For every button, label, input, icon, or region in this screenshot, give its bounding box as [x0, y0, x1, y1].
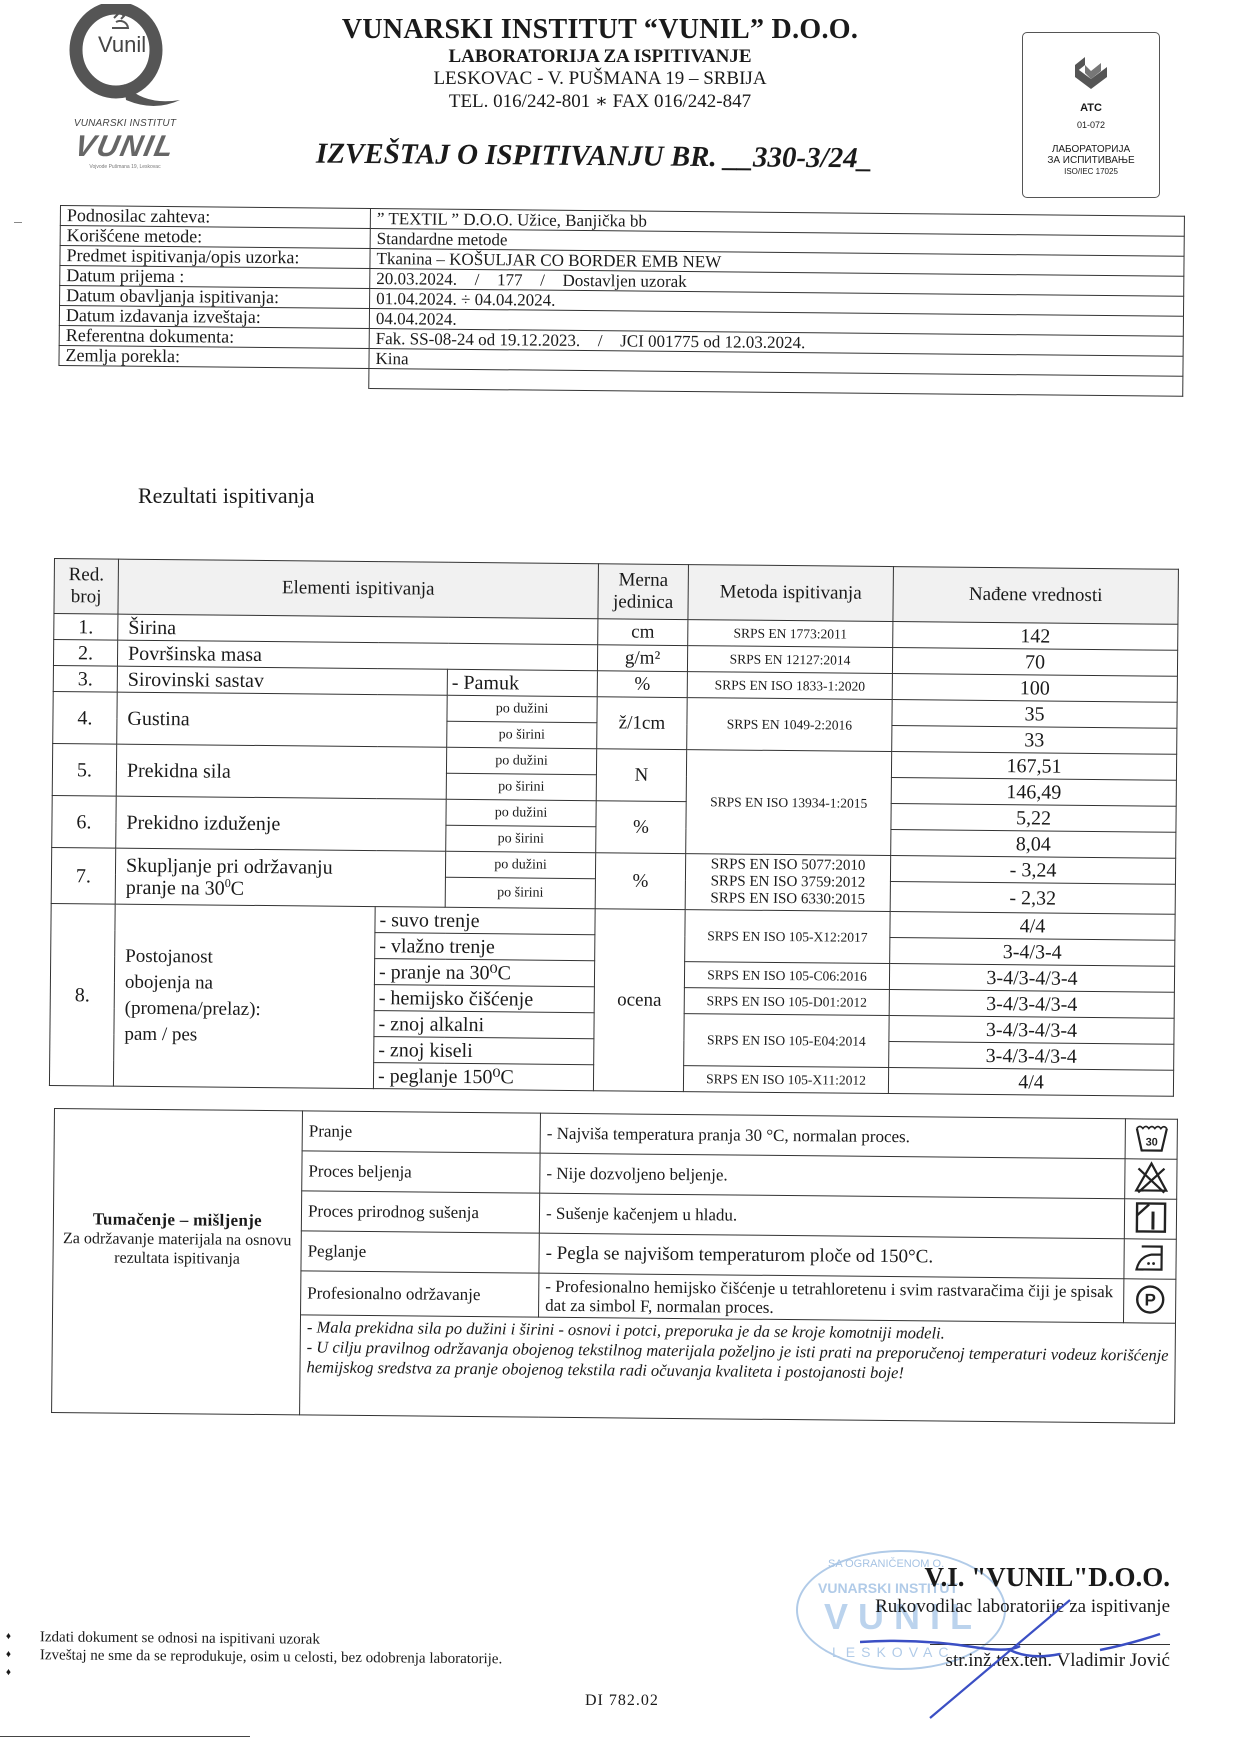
row-number: 1.	[54, 614, 118, 641]
care-text: - Najviša temperatura pranja 30 °C, norm…	[540, 1113, 1125, 1159]
receipt-date: 20.03.2024.	[376, 269, 457, 289]
row-value: 3-4/3-4/3-4	[889, 990, 1174, 1019]
element-line: Postojanost	[125, 943, 370, 971]
direction-width: po širini	[447, 721, 597, 748]
row-element: Postojanost obojenja na (promena/prelaz)…	[113, 904, 375, 1088]
direction-length: po dužini	[445, 851, 595, 878]
care-text: - Pegla se najvišom temperaturom ploče o…	[539, 1233, 1124, 1279]
document-header: VUNARSKI INSTITUT “VUNIL” D.O.O. LABORAT…	[300, 14, 900, 113]
method-line: SRPS EN ISO 5077:2010	[690, 856, 886, 875]
row-element: Prekidno izduženje	[116, 796, 446, 851]
company-address: LESKOVAC - V. PUŠMANA 19 – SRBIJA	[300, 68, 900, 90]
direction-length: po dužini	[447, 695, 597, 722]
signatory-company: V.I. "VUNIL"D.O.O.	[924, 1562, 1170, 1593]
receipt-number: 177	[497, 270, 523, 289]
row-value-length: - 3,24	[890, 856, 1175, 885]
row-element: Skupljanje pri održavanju pranje na 300C	[115, 848, 446, 907]
row-number: 5.	[52, 743, 116, 796]
row-unit: %	[595, 853, 686, 910]
care-icon-cell: P	[1123, 1279, 1175, 1323]
row-method: SRPS EN ISO 105-C06:2016	[684, 962, 889, 990]
care-label: Peglanje	[301, 1231, 539, 1273]
header-value: Nađene vrednosti	[893, 567, 1179, 625]
care-label: Profesionalno održavanje	[301, 1271, 539, 1317]
atc-code: 01-072	[1023, 120, 1159, 130]
element-line: (promena/prelaz):	[125, 995, 370, 1023]
row-value-width: 8,04	[891, 830, 1176, 859]
row-number: 7.	[51, 847, 116, 904]
row-number: 2.	[53, 640, 117, 667]
document-reference: DI 782.02	[585, 1692, 659, 1710]
row-element: Gustina	[117, 692, 447, 747]
test-condition: - hemijsko čišćenje	[374, 985, 594, 1013]
care-text: - Profesionalno hemijsko čišćenje u tetr…	[539, 1273, 1124, 1323]
lab-name: LABORATORIJA ZA ISPITIVANJE	[300, 46, 900, 68]
svg-text:30: 30	[1145, 1136, 1157, 1148]
care-label: Proces prirodnog sušenja	[301, 1191, 539, 1233]
row-value: 100	[892, 674, 1177, 703]
footer-rule	[0, 1736, 250, 1737]
row-element-line2: pranje na 30	[126, 876, 225, 899]
row-unit: N	[596, 749, 686, 802]
opinion-cell: Tumačenje – mišljenje Za održavanje mate…	[52, 1109, 303, 1415]
care-icon-cell: 30	[1125, 1119, 1177, 1159]
dryclean-p-icon: P	[1134, 1283, 1166, 1315]
row-method: SRPS EN 1773:2011	[688, 620, 893, 648]
test-condition: - znoj alkalni	[374, 1011, 594, 1039]
row-method: SRPS EN ISO 105-D01:2012	[684, 988, 889, 1016]
accreditation-badge: ATC 01-072 ЛАБОРАТОРИЈА ЗА ИСПИТИВАЊЕ IS…	[1022, 32, 1160, 198]
margin-mark	[14, 222, 22, 223]
vunil-logo: Vunil VUNARSKI INSTITUT VUNIL Vojvode Pu…	[58, 4, 188, 174]
row-element: Sirovinski sastav	[117, 666, 447, 695]
care-instructions-table: Tumačenje – mišljenje Za održavanje mate…	[51, 1108, 1178, 1424]
header-method: Metoda ispitivanja	[688, 565, 894, 622]
header-element: Elementi ispitivanja	[118, 559, 599, 619]
row-value: 3-4/3-4/3-4	[889, 964, 1174, 993]
company-contact: TEL. 016/242-801 ∗ FAX 016/242-847	[300, 90, 900, 113]
q-logo-icon	[64, 4, 182, 112]
row-number: 8.	[49, 903, 115, 1086]
row-value: 4/4	[890, 912, 1175, 941]
logo-address: Vojvode Pušmana 19, Leskovac	[60, 164, 190, 170]
no-bleach-icon	[1134, 1160, 1168, 1194]
row-method: SRPS EN 12127:2014	[687, 646, 892, 674]
notes-cell: - Mala prekidna sila po dužini i širini …	[300, 1315, 1176, 1423]
method-line: SRPS EN ISO 3759:2012	[690, 873, 886, 892]
report-title: IZVEŠTAJ O ISPITIVANJU BR. __330-3/24_	[316, 138, 872, 176]
opinion-text: Za održavanje materijala na osnovu rezul…	[63, 1230, 291, 1268]
direction-length: po dužini	[446, 747, 596, 774]
row-method: SRPS EN 1049-2:2016	[687, 698, 892, 752]
row-number: 3.	[53, 665, 117, 692]
row-subelement: - Pamuk	[447, 669, 597, 696]
test-condition: - suvo trenje	[375, 907, 595, 935]
report-title-prefix: IZVEŠTAJ O ISPITIVANJU BR. __	[316, 138, 753, 174]
care-icon-cell	[1124, 1199, 1176, 1239]
atc-lab-line1: ЛАБОРАТОРИЈА	[1023, 144, 1159, 155]
row-value: 3-4/3-4/3-4	[889, 1016, 1174, 1045]
header-no: Red. broj	[54, 559, 119, 615]
row-value-length: 35	[892, 700, 1177, 729]
care-icon-cell	[1124, 1239, 1176, 1279]
row-value-width: 146,49	[891, 778, 1176, 807]
row-method: SRPS EN ISO 13934-1:2015	[686, 750, 892, 856]
row-method: SRPS EN ISO 105-X11:2012	[683, 1066, 888, 1094]
atc-logo-icon	[1071, 43, 1111, 93]
row-value: 4/4	[888, 1068, 1173, 1097]
row-value-length: 167,51	[891, 752, 1176, 781]
svg-text:P: P	[1144, 1290, 1156, 1309]
test-condition: - vlažno trenje	[375, 933, 595, 961]
row-value: 70	[892, 648, 1177, 677]
row-unit: g/m²	[597, 645, 687, 672]
care-label: Proces beljenja	[302, 1151, 540, 1193]
care-text: - Sušenje kačenjem u hladu.	[539, 1193, 1124, 1239]
row-value: 3-4/3-4	[890, 938, 1175, 967]
company-name: VUNARSKI INSTITUT “VUNIL” D.O.O.	[300, 14, 900, 46]
row-number: 6.	[52, 795, 116, 848]
row-method: SRPS EN ISO 105-E04:2014	[684, 1014, 889, 1068]
row-element: Prekidna sila	[116, 744, 446, 799]
note-2: - U cilju pravilnog održavanja obojenog …	[306, 1337, 1168, 1385]
row-method: SRPS EN ISO 105-X12:2017	[685, 910, 890, 964]
ref-customs: JCI 001775 od 12.03.2024.	[620, 331, 805, 352]
direction-length: po dužini	[446, 799, 596, 826]
atc-standard: ISO/IEC 17025	[1023, 166, 1159, 177]
atc-lab-line2: ЗА ИСПИТИВАЊЕ	[1023, 155, 1159, 166]
direction-width: po širini	[446, 773, 596, 800]
row-element-suffix: C	[231, 877, 245, 899]
results-table: Red. broj Elementi ispitivanja Merna jed…	[49, 558, 1178, 1097]
element-line: pam / pes	[124, 1021, 369, 1049]
method-line: SRPS EN ISO 6330:2015	[690, 890, 886, 909]
row-method: SRPS EN ISO 1833-1:2020	[687, 672, 892, 700]
row-value-width: 33	[892, 726, 1177, 755]
row-unit: ocena	[593, 909, 685, 1092]
handwritten-signature-icon	[860, 1590, 1180, 1720]
direction-width: po širini	[446, 825, 596, 852]
results-heading: Rezultati ispitivanja	[138, 483, 315, 509]
iron-two-dots-icon	[1133, 1242, 1167, 1272]
care-text: - Nije dozvoljeno beljenje.	[540, 1153, 1125, 1199]
footer-notes: Izdati dokument se odnosi na ispitivani …	[6, 1628, 706, 1682]
report-number: 330-3/24_	[753, 141, 872, 174]
atc-name: ATC	[1023, 102, 1159, 114]
test-condition: - peglanje 150⁰C	[373, 1063, 593, 1091]
info-label: Zemlja porekla:	[59, 345, 369, 368]
element-line: obojenja na	[125, 969, 370, 997]
row-number: 4.	[53, 691, 117, 744]
care-row: Tumačenje – mišljenje Za održavanje mate…	[54, 1109, 1177, 1160]
row-method: SRPS EN ISO 5077:2010 SRPS EN ISO 3759:2…	[685, 854, 891, 912]
test-condition: - znoj kiseli	[374, 1037, 594, 1065]
direction-width: po širini	[445, 877, 595, 908]
opinion-title: Tumačenje – mišljenje	[93, 1209, 262, 1230]
row-value: 142	[893, 622, 1178, 651]
row-value-width: - 2,32	[890, 882, 1175, 915]
test-condition: - pranje na 30⁰C	[374, 959, 594, 987]
care-icon-cell	[1125, 1159, 1177, 1199]
logo-wordmark: VUNIL	[58, 130, 191, 164]
care-label: Pranje	[302, 1111, 540, 1153]
wash-30-icon: 30	[1134, 1122, 1168, 1152]
logo-institute-caption: VUNARSKI INSTITUT	[60, 118, 190, 129]
ref-invoice: Fak. SS-08-24 od 19.12.2023.	[376, 329, 581, 350]
receipt-mode: Dostavljen uzorak	[562, 271, 686, 291]
row-value-length: 5,22	[891, 804, 1176, 833]
row-value: 3-4/3-4/3-4	[889, 1042, 1174, 1071]
row-unit: cm	[598, 619, 688, 646]
row-unit: %	[597, 671, 687, 698]
report-info-table: Podnosilac zahteva:” TEXTIL ” D.O.O. Uži…	[58, 205, 1185, 397]
line-dry-shade-icon	[1134, 1201, 1166, 1233]
logo-mark-text: Vunil	[98, 32, 146, 58]
row-unit: ž/1cm	[597, 697, 687, 750]
header-unit: Merna jedinica	[598, 564, 689, 620]
row-unit: %	[596, 801, 686, 854]
